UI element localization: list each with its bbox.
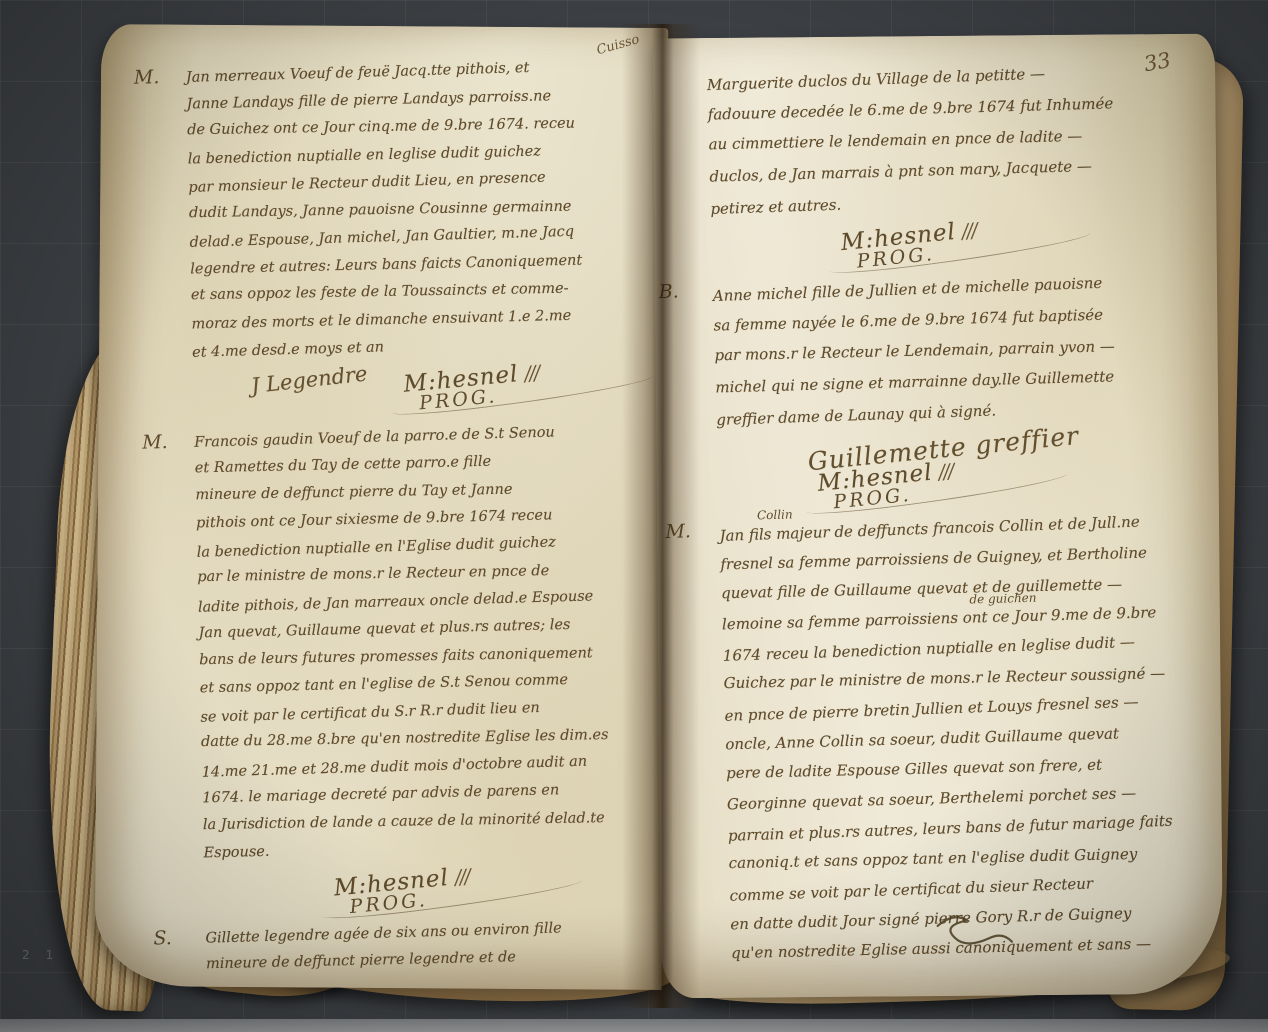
margin-letter: S. xyxy=(153,927,172,949)
burial-entry-gillette-legendre: S. Gillette legendre agée de six ans ou … xyxy=(205,914,658,979)
signature-row: M:hesnel/// PROG. xyxy=(334,862,657,913)
photograph-of-open-register: 21 20 19 Cuisso M. Jan merreaux Voeuf de… xyxy=(0,0,1268,1032)
entry-lines: Jan fils majeur de deffuncts francois Co… xyxy=(719,506,1207,969)
witness-signature: J Legendre xyxy=(250,361,369,398)
marriage-entry-gaudin-dutay: M. Francois gaudin Voeuf de la parro.e d… xyxy=(194,418,657,916)
left-page-text: M. Jan merreaux Voeuf de feuë Jacq.tte p… xyxy=(186,53,659,979)
baptism-entry-anne-michel: B. Anne michel fille de Jullien et de mi… xyxy=(712,266,1194,511)
entry-lines: Anne michel fille de Jullien et de miche… xyxy=(712,266,1192,434)
flourish-mark xyxy=(928,903,1023,963)
right-page: 33 Marguerite duclos du Village de la pe… xyxy=(653,34,1223,999)
left-page: Cuisso M. Jan merreaux Voeuf de feuë Jac… xyxy=(95,24,669,990)
recteur-signature: M:hesnel/// PROG. xyxy=(333,859,512,919)
signature-row: J Legendre M:hesnel/// PROG. xyxy=(251,360,646,413)
margin-letter: M. xyxy=(665,520,691,543)
signature-flourish: /// xyxy=(961,218,977,243)
burial-entry-marguerite-duclos: Marguerite duclos du Village de la petit… xyxy=(706,55,1187,271)
margin-letter: B. xyxy=(658,281,679,304)
recteur-signature: M:hesnel/// PROG. xyxy=(840,213,1019,274)
margin-letter: M. xyxy=(134,66,160,89)
cutting-mat-edge xyxy=(0,1019,1268,1032)
recteur-signature: M:hesnel/// PROG. xyxy=(402,355,581,415)
signature-flourish: /// xyxy=(523,360,539,385)
marriage-entry-collin-quevat: M. Collin de guichen Jan fils majeur de … xyxy=(719,506,1207,969)
entry-lines: Gillette legendre agée de six ans ou env… xyxy=(205,914,658,979)
signature-row: M:hesnel/// PROG. xyxy=(841,214,1188,268)
entry-lines: Francois gaudin Voeuf de la parro.e de S… xyxy=(194,418,656,868)
entry-lines: Marguerite duclos du Village de la petit… xyxy=(706,55,1186,223)
margin-letter: M. xyxy=(142,431,168,454)
signature-flourish: /// xyxy=(454,864,470,889)
entry-lines: Jan merreaux Voeuf de feuë Jacq.tte pith… xyxy=(186,53,645,366)
right-page-text: Marguerite duclos du Village de la petit… xyxy=(706,55,1207,969)
signature-flourish: /// xyxy=(937,459,953,484)
marriage-entry-merreaux-landays: M. Jan merreaux Voeuf de feuë Jacq.tte p… xyxy=(186,53,646,414)
